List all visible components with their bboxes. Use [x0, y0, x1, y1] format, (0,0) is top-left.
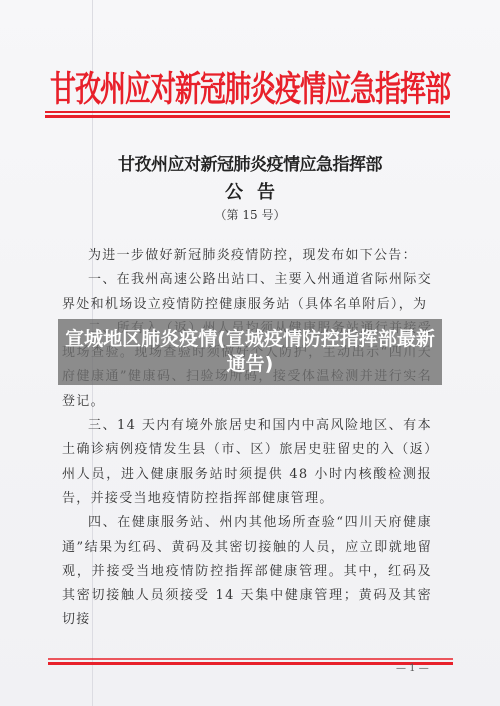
letterhead-title: 甘孜州应对新冠肺炎疫情应急指挥部 [50, 62, 442, 112]
document-page: 甘孜州应对新冠肺炎疫情应急指挥部 甘孜州应对新冠肺炎疫情应急指挥部 公告 （第 … [0, 0, 500, 706]
notice-body: 为进一步做好新冠肺炎疫情防控，现发布如下公告： 一、在我州高速公路出站口、主要入… [62, 244, 432, 633]
footer-rule-thin [48, 658, 453, 660]
paragraph-3: 三、14 天内有境外旅居史和国内中高风险地区、有本土确诊病例疫情发生县（市、区）… [62, 414, 432, 511]
caption-overlay: 宣城地区肺炎疫情(宣城疫情防控指挥部最新通告) [58, 319, 442, 385]
page-number: — 1 — [396, 663, 429, 674]
footer-rule-thick [48, 662, 453, 665]
notice-heading: 公告 [80, 178, 420, 204]
letterhead-rule-thin [45, 111, 450, 113]
paragraph-intro: 为进一步做好新冠肺炎疫情防控，现发布如下公告： [62, 244, 432, 268]
issuing-organization: 甘孜州应对新冠肺炎疫情应急指挥部 [80, 150, 420, 175]
paragraph-1: 一、在我州高速公路出站口、主要入州通道省际州际交界处和机场设立疫情防控健康服务站… [62, 268, 432, 317]
letterhead-rule-thick [45, 115, 450, 118]
notice-number: （第 15 号） [80, 206, 420, 223]
caption-title: 宣城地区肺炎疫情(宣城疫情防控指挥部最新通告) [65, 327, 435, 377]
paragraph-4: 四、在健康服务站、州内其他场所查验“四川天府健康通”结果为红码、黄码及其密切接触… [62, 511, 432, 632]
